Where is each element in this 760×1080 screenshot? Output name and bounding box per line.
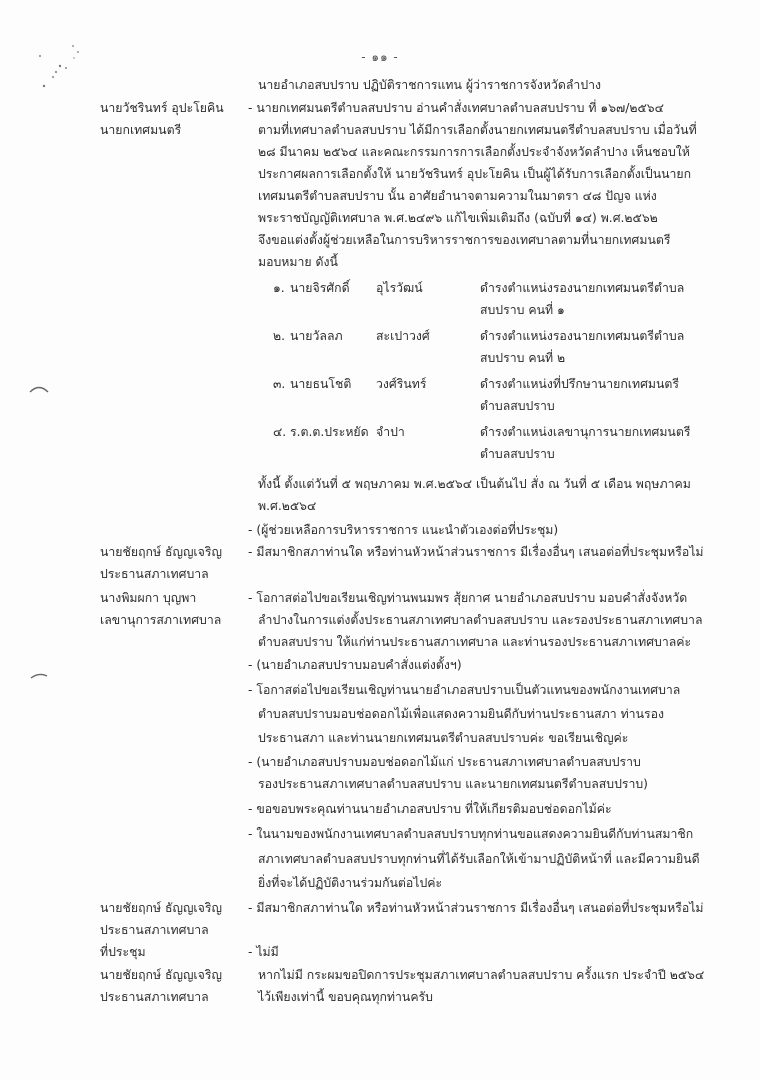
body-line: - มีสมาชิกสภาท่านใด หรือท่านหัวหน้าส่วนร… [248, 543, 704, 561]
speaker-title: เลขานุการสภาเทศบาล [100, 611, 221, 629]
speaker-name: นายวัชรินทร์ อุปะโยคิน [100, 99, 224, 117]
body-line: จึงขอแต่งตั้งผู้ช่วยเหลือในการบริหารราชก… [258, 231, 670, 249]
body-line: ทั้งนี้ ตั้งแต่วันที่ ๕ พฤษภาคม พ.ศ.๒๕๖๔… [258, 475, 691, 493]
body-line: - (ผู้ช่วยเหลือการบริหารราชการ แนะนำตัวเ… [248, 521, 558, 539]
appointee-number: ๑. [273, 279, 285, 297]
speaker-title: นายกเทศมนตรี [100, 121, 181, 139]
body-line: พระราชบัญญัติเทศบาล พ.ศ.๒๔๙๖ แก้ไขเพิ่มเ… [258, 209, 658, 227]
body-line: - ในนามของพนักงานเทศบาลตำบลสบปราบทุกท่าน… [248, 825, 693, 843]
appointee-number: ๒. [273, 327, 285, 345]
body-line: - โอกาสต่อไปขอเรียนเชิญท่านพนมพร สุ้ยกาศ… [248, 589, 687, 607]
hole-punch-mark-icon [28, 383, 50, 393]
body-line: ตำบลสบปราบ ให้แก่ท่านประธานสภาเทศบาล และ… [258, 633, 691, 651]
appointee-last-name: สะเปาวงศ์ [376, 327, 430, 345]
speaker-title: ประธานสภาเทศบาล [100, 565, 209, 583]
speaker-title: ประธานสภาเทศบาล [100, 988, 209, 1006]
speaker-name: นายชัยฤกษ์ ธัญญเจริญ [100, 899, 222, 917]
appointee-role: ดำรงตำแหน่งที่ปรึกษานายกเทศมนตรี [480, 375, 679, 393]
appointee-role: สบปราบ คนที่ ๒ [480, 349, 565, 367]
body-line: ประธานสภา และท่านนายกเทศมนตรีตำบลสบปราบค… [258, 729, 628, 747]
appointee-role: ดำรงตำแหน่งรองนายกเทศมนตรีตำบล [480, 279, 684, 297]
appointee-role: ตำบลสบปราบ [480, 445, 555, 463]
body-line: - (นายอำเภอสบปราบมอบช่อดอกไม้แก่ ประธานส… [248, 753, 641, 771]
speaker-name: นายชัยฤกษ์ ธัญญเจริญ [100, 966, 222, 984]
body-line: ตามที่เทศบาลตำบลสบปราบ ได้มีการเลือกตั้ง… [258, 121, 697, 139]
appointee-role: ตำบลสบปราบ [480, 397, 555, 415]
body-line: พ.ศ.๒๕๖๔ [258, 497, 316, 515]
appointee-role: สบปราบ คนที่ ๑ [480, 301, 565, 319]
appointee-role: ดำรงตำแหน่งเลขานุการนายกเทศมนตรี [480, 423, 690, 441]
page-number: - ๑๑ - [0, 48, 760, 67]
appointee-last-name: อุไรวัฒน์ [376, 279, 423, 297]
hole-punch-mark-icon [28, 670, 50, 680]
appointee-role: ดำรงตำแหน่งรองนายกเทศมนตรีตำบล [480, 327, 684, 345]
body-line: - ไม่มี [248, 943, 279, 961]
body-line: หากไม่มี กระผมขอปิดการประชุมสภาเทศบาลตำบ… [258, 966, 704, 984]
speaker-name: นายชัยฤกษ์ ธัญญเจริญ [100, 543, 222, 561]
body-line: ตำบลสบปราบมอบช่อดอกไม้เพื่อแสดงความยินดี… [258, 705, 664, 723]
body-line: ๒๘ มีนาคม ๒๕๖๔ และคณะกรรมการการเลือกตั้ง… [258, 143, 690, 161]
speaker-title: ประธานสภาเทศบาล [100, 921, 209, 939]
body-line: ยิ่งที่จะได้ปฏิบัติงานร่วมกันต่อไปค่ะ [258, 874, 442, 892]
appointee-last-name: จำปา [376, 423, 405, 441]
body-line: - โอกาสต่อไปขอเรียนเชิญท่านนายอำเภอสบปรา… [248, 681, 680, 699]
appointee-first-name: ร.ต.ต.ประหยัด [290, 423, 369, 441]
speaker-name: นางพิมผกา บุญพา [100, 589, 196, 607]
body-line: สภาเทศบาลตำบลสบปราบทุกท่านที่ได้รับเลือก… [258, 850, 700, 868]
appointee-last-name: วงศ์รินทร์ [376, 375, 426, 393]
appointee-number: ๔. [273, 423, 286, 441]
body-line: เทศมนตรีตำบลสบปราบ นั้น อาศัยอำนาจตามควา… [258, 187, 657, 205]
body-line: ไว้เพียงเท่านี้ ขอบคุณทุกท่านครับ [258, 988, 433, 1006]
document-page: - ๑๑ - นายอำเภอสบปราบ ปฏิบัติราชการแทน ผ… [0, 0, 760, 1080]
appointee-first-name: นายวัลลภ [290, 327, 343, 345]
body-line: รองประธานสภาเทศบาลตำบลสบปราบ และนายกเทศม… [258, 775, 648, 793]
speaker-assembly: ที่ประชุม [100, 943, 146, 961]
body-line: ลำปางในการแต่งตั้งประธานสภาเทศบาลตำบลสบป… [258, 611, 702, 629]
body-line: ประกาศผลการเลือกตั้งให้ นายวัชรินทร์ อุป… [258, 165, 691, 183]
appointee-first-name: นายจิรศักดิ์ [290, 279, 350, 297]
appointee-number: ๓. [273, 375, 285, 393]
body-line: มอบหมาย ดังนี้ [258, 253, 338, 271]
appointee-first-name: นายธนโชติ [290, 375, 351, 393]
body-line: - (นายอำเภอสบปราบมอบคำสั่งแต่งตั้งฯ) [248, 656, 462, 674]
body-line: - นายกเทศมนตรีตำบลสบปราบ อ่านคำสั่งเทศบา… [248, 99, 664, 117]
opening-line: นายอำเภอสบปราบ ปฏิบัติราชการแทน ผู้ว่ารา… [258, 76, 601, 94]
body-line: - มีสมาชิกสภาท่านใด หรือท่านหัวหน้าส่วนร… [248, 899, 704, 917]
body-line: - ขอขอบพระคุณท่านนายอำเภอสบปราบ ที่ให้เก… [248, 800, 612, 818]
